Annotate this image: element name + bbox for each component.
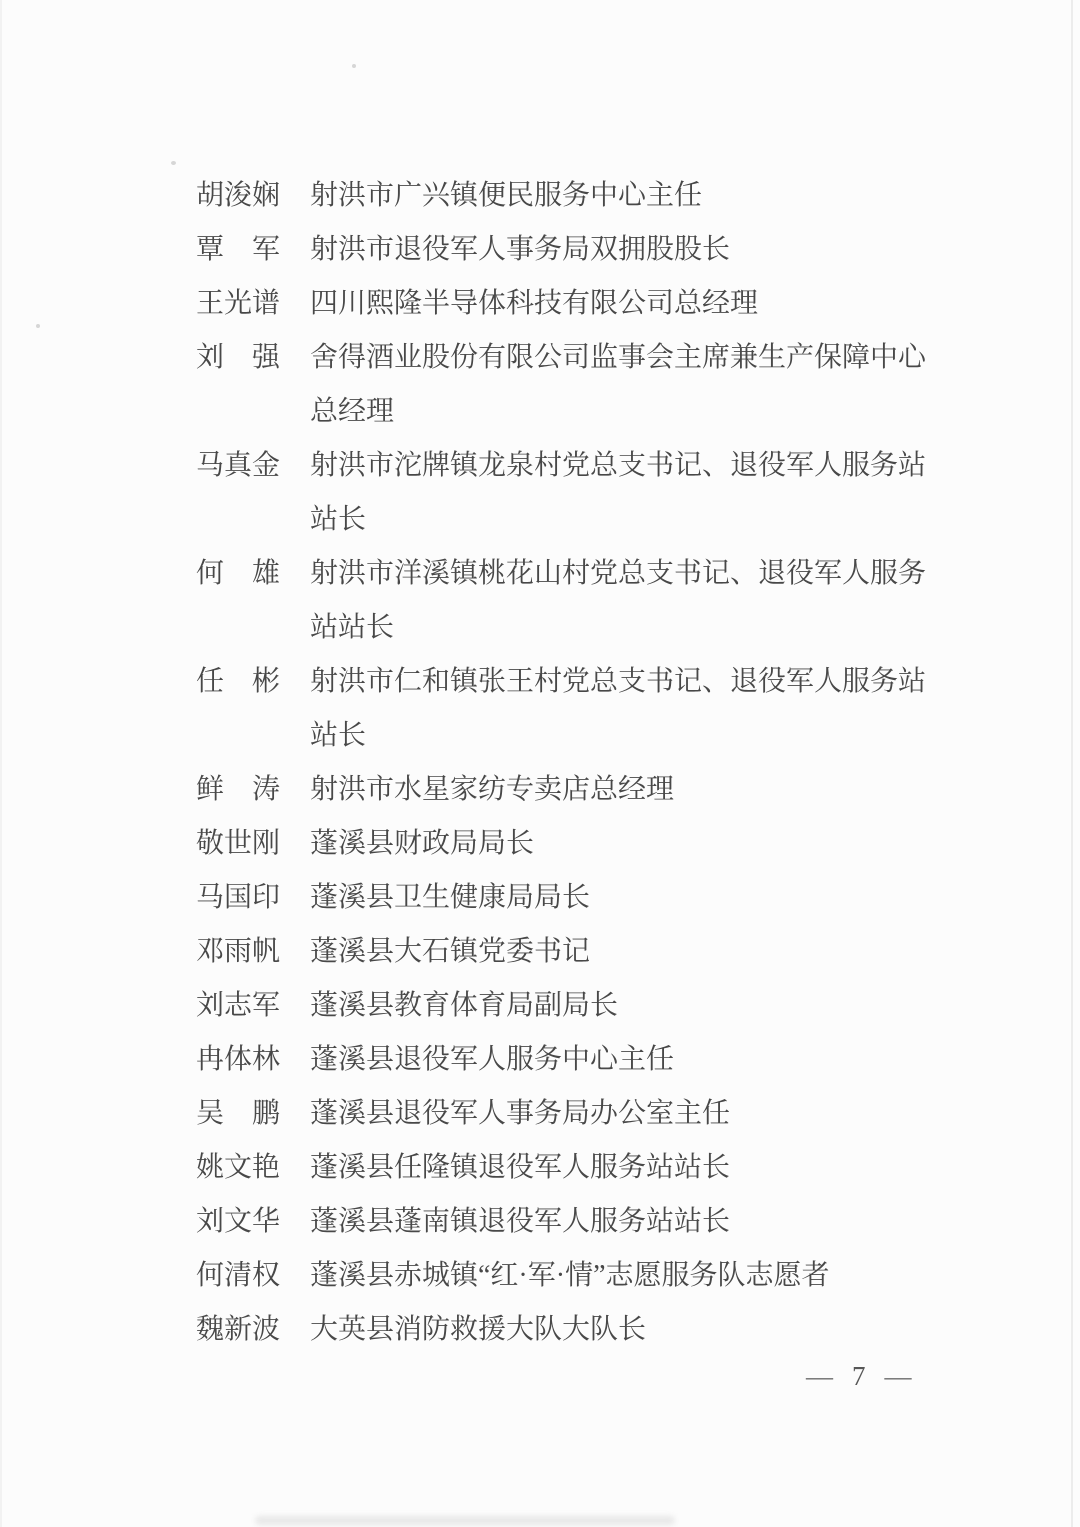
- entry-name: 刘志军: [196, 979, 280, 1033]
- entry-position: 射洪市沱牌镇龙泉村党总支书记、退役军人服务站站长: [310, 439, 926, 547]
- entry-name: 马真金: [196, 439, 280, 493]
- entry-name: 刘文华: [196, 1195, 280, 1249]
- entry-position: 蓬溪县财政局局长: [310, 817, 534, 871]
- entry-position-line: 蓬溪县卫生健康局局长: [310, 871, 590, 925]
- entry-position-line: 舍得酒业股份有限公司监事会主席兼生产保障中心: [310, 331, 926, 385]
- roster-entry: 魏新波 大英县消防救援大队大队长: [196, 1303, 936, 1357]
- entry-name: 魏新波: [196, 1303, 280, 1357]
- entry-position-line: 蓬溪县财政局局长: [310, 817, 534, 871]
- entry-name: 吴 鹏: [196, 1087, 280, 1141]
- entry-name: 敬世刚: [196, 817, 280, 871]
- entry-position: 射洪市广兴镇便民服务中心主任: [310, 169, 702, 223]
- roster-entry: 胡浚娴 射洪市广兴镇便民服务中心主任: [196, 169, 936, 223]
- entry-name: 刘 强: [196, 331, 280, 385]
- entry-position-line: 射洪市广兴镇便民服务中心主任: [310, 169, 702, 223]
- roster: 胡浚娴 射洪市广兴镇便民服务中心主任 覃 军 射洪市退役军人事务局双拥股股长 王…: [196, 169, 936, 1357]
- entry-name: 胡浚娴: [196, 169, 280, 223]
- entry-position-line: 蓬溪县任隆镇退役军人服务站站长: [310, 1141, 730, 1195]
- roster-entry: 何清权 蓬溪县赤城镇“红·军·情”志愿服务队志愿者: [196, 1249, 936, 1303]
- roster-entry: 敬世刚 蓬溪县财政局局长: [196, 817, 936, 871]
- entry-name: 鲜 涛: [196, 763, 280, 817]
- entry-name: 何 雄: [196, 547, 280, 601]
- footer-dash: —: [806, 1361, 833, 1392]
- entry-name: 马国印: [196, 871, 280, 925]
- roster-entry: 马真金 射洪市沱牌镇龙泉村党总支书记、退役军人服务站站长: [196, 439, 936, 547]
- scan-speck: [352, 64, 356, 68]
- roster-entry: 何 雄 射洪市洋溪镇桃花山村党总支书记、退役军人服务站站长: [196, 547, 936, 655]
- scan-edge-left: [0, 0, 2, 1527]
- roster-entry: 冉体林 蓬溪县退役军人服务中心主任: [196, 1033, 936, 1087]
- roster-entry: 任 彬 射洪市仁和镇张王村党总支书记、退役军人服务站站长: [196, 655, 936, 763]
- entry-position-line: 大英县消防救援大队大队长: [310, 1303, 646, 1357]
- entry-name: 冉体林: [196, 1033, 280, 1087]
- entry-position-line: 蓬溪县大石镇党委书记: [310, 925, 590, 979]
- entry-position-line: 蓬溪县退役军人事务局办公室主任: [310, 1087, 730, 1141]
- entry-position: 射洪市洋溪镇桃花山村党总支书记、退役军人服务站站长: [310, 547, 926, 655]
- entry-name: 何清权: [196, 1249, 280, 1303]
- roster-entry: 马国印 蓬溪县卫生健康局局长: [196, 871, 936, 925]
- entry-position-line: 射洪市退役军人事务局双拥股股长: [310, 223, 730, 277]
- roster-entry: 刘 强 舍得酒业股份有限公司监事会主席兼生产保障中心总经理: [196, 331, 936, 439]
- roster-entry: 刘文华 蓬溪县蓬南镇退役军人服务站站长: [196, 1195, 936, 1249]
- page-number: 7: [852, 1361, 866, 1392]
- entry-position: 蓬溪县任隆镇退役军人服务站站长: [310, 1141, 730, 1195]
- entry-position: 舍得酒业股份有限公司监事会主席兼生产保障中心总经理: [310, 331, 926, 439]
- roster-entry: 邓雨帆 蓬溪县大石镇党委书记: [196, 925, 936, 979]
- entry-position-line: 蓬溪县蓬南镇退役军人服务站站长: [310, 1195, 730, 1249]
- roster-entry: 鲜 涛 射洪市水星家纺专卖店总经理: [196, 763, 936, 817]
- entry-position-line: 射洪市沱牌镇龙泉村党总支书记、退役军人服务站: [310, 439, 926, 493]
- entry-position-line: 射洪市仁和镇张王村党总支书记、退役军人服务站: [310, 655, 926, 709]
- entry-position-line: 蓬溪县退役军人服务中心主任: [310, 1033, 674, 1087]
- scan-edge-right: [1071, 0, 1073, 1527]
- page-footer: — 7 —: [806, 1361, 912, 1392]
- entry-position: 蓬溪县大石镇党委书记: [310, 925, 590, 979]
- entry-position: 蓬溪县赤城镇“红·军·情”志愿服务队志愿者: [310, 1249, 830, 1303]
- roster-entry: 吴 鹏 蓬溪县退役军人事务局办公室主任: [196, 1087, 936, 1141]
- entry-position-line: 总经理: [310, 385, 926, 439]
- entry-name: 任 彬: [196, 655, 280, 709]
- entry-position-line: 蓬溪县教育体育局副局长: [310, 979, 618, 1033]
- entry-position: 蓬溪县卫生健康局局长: [310, 871, 590, 925]
- entry-position: 蓬溪县退役军人服务中心主任: [310, 1033, 674, 1087]
- roster-entry: 覃 军 射洪市退役军人事务局双拥股股长: [196, 223, 936, 277]
- entry-name: 邓雨帆: [196, 925, 280, 979]
- entry-position-line: 站站长: [310, 601, 926, 655]
- entry-position-line: 射洪市洋溪镇桃花山村党总支书记、退役军人服务: [310, 547, 926, 601]
- entry-position: 射洪市水星家纺专卖店总经理: [310, 763, 674, 817]
- roster-entry: 王光谱 四川熙隆半导体科技有限公司总经理: [196, 277, 936, 331]
- entry-position-line: 站长: [310, 493, 926, 547]
- roster-entry: 刘志军 蓬溪县教育体育局副局长: [196, 979, 936, 1033]
- entry-position-line: 蓬溪县赤城镇“红·军·情”志愿服务队志愿者: [310, 1249, 830, 1303]
- entry-position: 四川熙隆半导体科技有限公司总经理: [310, 277, 758, 331]
- scan-speck: [36, 324, 40, 328]
- roster-entry: 姚文艳 蓬溪县任隆镇退役军人服务站站长: [196, 1141, 936, 1195]
- footer-dash: —: [885, 1361, 912, 1392]
- entry-position-line: 站长: [310, 709, 926, 763]
- entry-name: 王光谱: [196, 277, 280, 331]
- entry-position: 蓬溪县教育体育局副局长: [310, 979, 618, 1033]
- entry-position: 蓬溪县蓬南镇退役军人服务站站长: [310, 1195, 730, 1249]
- entry-name: 姚文艳: [196, 1141, 280, 1195]
- entry-position-line: 四川熙隆半导体科技有限公司总经理: [310, 277, 758, 331]
- scan-smudge: [255, 1516, 675, 1525]
- entry-position: 射洪市仁和镇张王村党总支书记、退役军人服务站站长: [310, 655, 926, 763]
- entry-position: 蓬溪县退役军人事务局办公室主任: [310, 1087, 730, 1141]
- entry-position: 射洪市退役军人事务局双拥股股长: [310, 223, 730, 277]
- entry-position-line: 射洪市水星家纺专卖店总经理: [310, 763, 674, 817]
- entry-name: 覃 军: [196, 223, 280, 277]
- scan-speck: [171, 161, 176, 165]
- document-page: 胡浚娴 射洪市广兴镇便民服务中心主任 覃 军 射洪市退役军人事务局双拥股股长 王…: [0, 0, 1080, 1527]
- entry-position: 大英县消防救援大队大队长: [310, 1303, 646, 1357]
